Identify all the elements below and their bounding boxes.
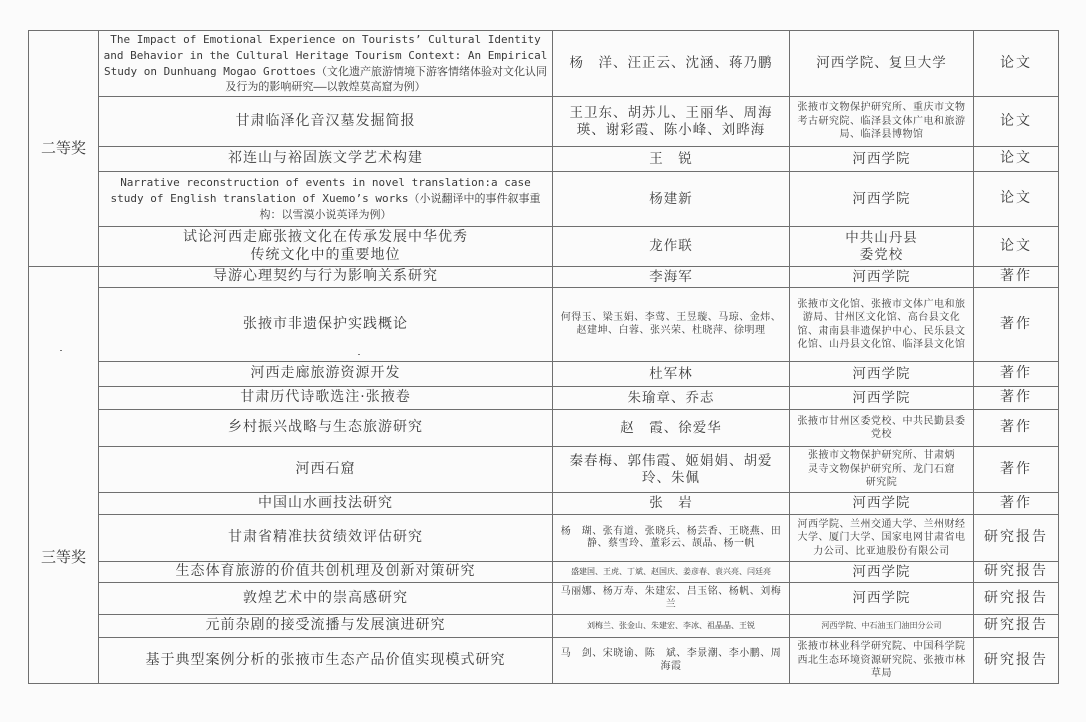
entry-type: 研究报告	[974, 515, 1059, 562]
table-row: 河西石窟 秦春梅、郭伟霞、姬娟娟、胡爱玲、朱佩 张掖市文物保护研究所、甘肃炳灵寺…	[29, 447, 1059, 493]
entry-authors: 龙作联	[553, 227, 790, 267]
table-row: 河西走廊旅游资源开发 杜军林 河西学院 著作	[29, 362, 1059, 387]
entry-title: 元前杂剧的接受流播与发展演进研究	[99, 615, 553, 638]
entry-type: 研究报告	[974, 583, 1059, 615]
award-level-second: 二等奖	[29, 31, 99, 267]
entry-unit: 河西学院	[790, 362, 974, 387]
entry-type: 著作	[974, 410, 1059, 447]
entry-title: 乡村振兴战略与生态旅游研究	[99, 410, 553, 447]
entry-title: Narrative reconstruction of events in no…	[99, 172, 553, 227]
entry-type: 论文	[974, 227, 1059, 267]
entry-unit: 河西学院	[790, 562, 974, 583]
entry-authors: 朱瑜章、乔志	[553, 387, 790, 410]
entry-title: 张掖市非遗保护实践概论	[99, 288, 553, 362]
entry-authors: 赵 霞、徐爱华	[553, 410, 790, 447]
entry-title: 试论河西走廊张掖文化在传承发展中华优秀传统文化中的重要地位	[99, 227, 553, 267]
scan-speck	[60, 350, 62, 351]
entry-title: The Impact of Emotional Experience on To…	[99, 31, 553, 97]
entry-unit: 中共山丹县委党校	[790, 227, 974, 267]
table-row: 中国山水画技法研究 张 岩 河西学院 著作	[29, 493, 1059, 515]
entry-authors: 何得玉、梁玉娟、李莺、王昱璇、马琼、金炜、赵建坤、白蓉、张兴荣、杜晓萍、徐明理	[553, 288, 790, 362]
entry-authors: 杨 瑚、张有道、张晓兵、杨芸香、王晓燕、田静、蔡雪玲、董彩云、颉晶、杨一帆	[553, 515, 790, 562]
table-row: Narrative reconstruction of events in no…	[29, 172, 1059, 227]
entry-authors: 马 剑、宋晓谕、陈 斌、李景潮、李小鹏、周海霞	[553, 638, 790, 684]
entry-authors: 王卫东、胡苏儿、王丽华、周海瑛、谢彩霞、陈小峰、刘晔海	[553, 97, 790, 147]
entry-title: 生态体育旅游的价值共创机理及创新对策研究	[99, 562, 553, 583]
entry-title: 甘肃省精准扶贫绩效评估研究	[99, 515, 553, 562]
entry-type: 研究报告	[974, 615, 1059, 638]
table-row: 甘肃省精准扶贫绩效评估研究 杨 瑚、张有道、张晓兵、杨芸香、王晓燕、田静、蔡雪玲…	[29, 515, 1059, 562]
entry-title: 导游心理契约与行为影响关系研究	[99, 267, 553, 288]
entry-type: 著作	[974, 362, 1059, 387]
entry-unit: 河西学院、复旦大学	[790, 31, 974, 97]
entry-title: 中国山水画技法研究	[99, 493, 553, 515]
table-row: 试论河西走廊张掖文化在传承发展中华优秀传统文化中的重要地位 龙作联 中共山丹县委…	[29, 227, 1059, 267]
entry-unit: 张掖市文化馆、张掖市文体广电和旅游局、甘州区文化馆、高台县文化馆、肃南县非遗保护…	[790, 288, 974, 362]
entry-unit: 张掖市文物保护研究所、甘肃炳灵寺文物保护研究所、龙门石窟研究院	[790, 447, 974, 493]
entry-unit: 河西学院	[790, 172, 974, 227]
entry-type: 著作	[974, 447, 1059, 493]
table-row: 甘肃历代诗歌选注·张掖卷 朱瑜章、乔志 河西学院 著作	[29, 387, 1059, 410]
entry-authors: 李海军	[553, 267, 790, 288]
table-row: 张掖市非遗保护实践概论 何得玉、梁玉娟、李莺、王昱璇、马琼、金炜、赵建坤、白蓉、…	[29, 288, 1059, 362]
entry-type: 论文	[974, 31, 1059, 97]
awards-table: 二等奖 The Impact of Emotional Experience o…	[28, 30, 1059, 684]
entry-unit: 河西学院	[790, 147, 974, 172]
entry-title: 祁连山与裕固族文学艺术构建	[99, 147, 553, 172]
table-row: 乡村振兴战略与生态旅游研究 赵 霞、徐爱华 张掖市甘州区委党校、中共民勤县委党校…	[29, 410, 1059, 447]
entry-authors: 张 岩	[553, 493, 790, 515]
table-row: 甘肃临泽化音汉墓发掘简报 王卫东、胡苏儿、王丽华、周海瑛、谢彩霞、陈小峰、刘晔海…	[29, 97, 1059, 147]
award-level-third: 三等奖	[29, 267, 99, 684]
entry-type: 论文	[974, 97, 1059, 147]
entry-unit: 河西学院、兰州交通大学、兰州财经大学、厦门大学、国家电网甘肃省电力公司、比亚迪股…	[790, 515, 974, 562]
entry-authors: 杜军林	[553, 362, 790, 387]
entry-authors: 秦春梅、郭伟霞、姬娟娟、胡爱玲、朱佩	[553, 447, 790, 493]
entry-unit: 河西学院、中石油玉门油田分公司	[790, 615, 974, 638]
entry-unit: 河西学院	[790, 267, 974, 288]
entry-title: 甘肃临泽化音汉墓发掘简报	[99, 97, 553, 147]
table-row: 三等奖 导游心理契约与行为影响关系研究 李海军 河西学院 著作	[29, 267, 1059, 288]
entry-unit: 河西学院	[790, 583, 974, 615]
scan-speck	[358, 354, 360, 355]
entry-unit: 张掖市文物保护研究所、重庆市文物考古研究院、临泽县文体广电和旅游局、临泽县博物馆	[790, 97, 974, 147]
entry-title: 甘肃历代诗歌选注·张掖卷	[99, 387, 553, 410]
entry-title: 敦煌艺术中的崇高感研究	[99, 583, 553, 615]
entry-type: 研究报告	[974, 638, 1059, 684]
entry-type: 论文	[974, 172, 1059, 227]
table-row: 二等奖 The Impact of Emotional Experience o…	[29, 31, 1059, 97]
entry-type: 著作	[974, 267, 1059, 288]
entry-unit: 张掖市林业科学研究院、中国科学院西北生态环境资源研究院、张掖市林草局	[790, 638, 974, 684]
entry-type: 著作	[974, 288, 1059, 362]
entry-authors: 马丽娜、杨万寿、朱建宏、吕玉铭、杨帆、刘梅兰	[553, 583, 790, 615]
entry-authors: 刘梅兰、张金山、朱建宏、李冰、祖晶晶、王锐	[553, 615, 790, 638]
entry-title: 河西走廊旅游资源开发	[99, 362, 553, 387]
entry-authors: 杨建新	[553, 172, 790, 227]
table-row: 基于典型案例分析的张掖市生态产品价值实现模式研究 马 剑、宋晓谕、陈 斌、李景潮…	[29, 638, 1059, 684]
entry-type: 著作	[974, 493, 1059, 515]
entry-title: 河西石窟	[99, 447, 553, 493]
entry-type: 论文	[974, 147, 1059, 172]
entry-type: 研究报告	[974, 562, 1059, 583]
table-row: 生态体育旅游的价值共创机理及创新对策研究 盛建国、王虎、丁斌、赵国庆、姜彦春、袁…	[29, 562, 1059, 583]
entry-title: 基于典型案例分析的张掖市生态产品价值实现模式研究	[99, 638, 553, 684]
entry-authors: 盛建国、王虎、丁斌、赵国庆、姜彦春、袁兴亮、闫廷亮	[553, 562, 790, 583]
table-row: 敦煌艺术中的崇高感研究 马丽娜、杨万寿、朱建宏、吕玉铭、杨帆、刘梅兰 河西学院 …	[29, 583, 1059, 615]
entry-type: 著作	[974, 387, 1059, 410]
entry-authors: 王 锐	[553, 147, 790, 172]
entry-unit: 河西学院	[790, 493, 974, 515]
entry-authors: 杨 洋、汪正云、沈涵、蒋乃鹏	[553, 31, 790, 97]
table-row: 祁连山与裕固族文学艺术构建 王 锐 河西学院 论文	[29, 147, 1059, 172]
entry-unit: 河西学院	[790, 387, 974, 410]
entry-unit: 张掖市甘州区委党校、中共民勤县委党校	[790, 410, 974, 447]
table-row: 元前杂剧的接受流播与发展演进研究 刘梅兰、张金山、朱建宏、李冰、祖晶晶、王锐 河…	[29, 615, 1059, 638]
